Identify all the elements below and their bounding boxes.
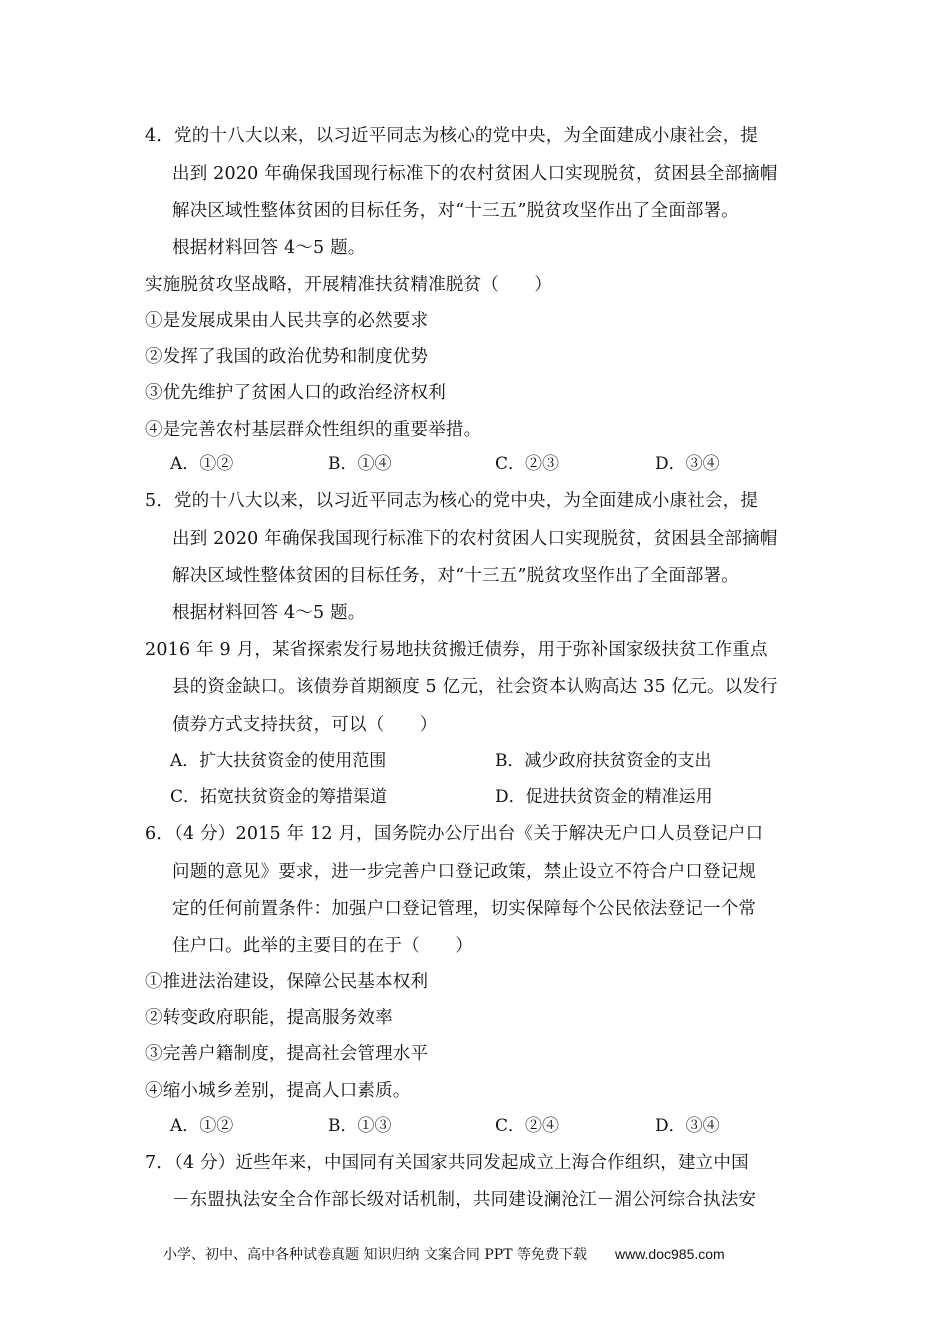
q4-stem-line-1: 4．党的十八大以来，以习近平同志为核心的党中央，为全面建成小康社会，提 (145, 125, 758, 147)
q5-stem-line-1: 5．党的十八大以来，以习近平同志为核心的党中央，为全面建成小康社会，提 (145, 490, 758, 512)
q4-option-b: B．①④ (328, 453, 392, 475)
q4-statement-1: ①是发展成果由人民共享的必然要求 (145, 310, 428, 332)
q6-statement-3: ③完善户籍制度，提高社会管理水平 (145, 1043, 428, 1065)
q6-statement-4: ④缩小城乡差别，提高人口素质。 (145, 1080, 411, 1102)
q4-statement-2: ②发挥了我国的政治优势和制度优势 (145, 346, 428, 368)
q6-option-b: B．①③ (328, 1115, 392, 1137)
q5-option-a: A．扩大扶贫资金的使用范围 (170, 750, 386, 772)
q6-option-a: A．①② (170, 1115, 233, 1137)
q4-option-a: A．①② (170, 453, 233, 475)
q5-prompt-line-1: 2016 年 9 月，某省探索发行易地扶贫搬迁债券，用于弥补国家级扶贫工作重点 (145, 639, 768, 661)
q4-statement-3: ③优先维护了贫困人口的政治经济权利 (145, 382, 446, 404)
q5-stem-line-2: 出到 2020 年确保我国现行标准下的农村贫困人口实现脱贫，贫困县全部摘帽 (172, 528, 778, 550)
q4-option-d: D．③④ (655, 453, 720, 475)
q4-prompt: 实施脱贫攻坚战略，开展精准扶贫精准脱贫（ ） (145, 274, 552, 296)
q4-stem-line-3: 解决区域性整体贫困的目标任务，对“十三五”脱贫攻坚作出了全面部署。 (172, 200, 739, 222)
q6-stem-line-4: 住户口。此举的主要目的在于（ ） (172, 935, 473, 957)
page-footer: 小学、初中、高中各种试卷真题 知识归纳 文案合同 PPT 等免费下载www.do… (163, 1244, 725, 1265)
q5-option-d: D．促进扶贫资金的精准运用 (495, 786, 713, 808)
q6-stem-line-2: 问题的意见》要求，进一步完善户口登记政策，禁止设立不符合户口登记规 (172, 861, 756, 883)
q7-stem-line-1: 7．（4 分）近些年来，中国同有关国家共同发起成立上海合作组织，建立中国 (145, 1152, 749, 1174)
document-page: 4．党的十八大以来，以习近平同志为核心的党中央，为全面建成小康社会，提 出到 2… (0, 0, 950, 1344)
q4-stem-line-2: 出到 2020 年确保我国现行标准下的农村贫困人口实现脱贫，贫困县全部摘帽 (172, 163, 778, 185)
q5-option-c: C．拓宽扶贫资金的筹措渠道 (170, 786, 387, 808)
q6-option-c: C．②④ (495, 1115, 559, 1137)
q4-statement-4: ④是完善农村基层群众性组织的重要举措。 (145, 419, 481, 441)
q6-statement-2: ②转变政府职能，提高服务效率 (145, 1007, 393, 1029)
q4-option-c: C．②③ (495, 453, 559, 475)
q6-stem-line-3: 定的任何前置条件：加强户口登记管理，切实保障每个公民依法登记一个常 (172, 898, 756, 920)
q6-statement-1: ①推进法治建设，保障公民基本权利 (145, 971, 428, 993)
q5-prompt-line-2: 县的资金缺口。该债券首期额度 5 亿元，社会资本认购高达 35 亿元。以发行 (172, 676, 778, 698)
footer-text: 小学、初中、高中各种试卷真题 知识归纳 文案合同 PPT 等免费下载 (163, 1247, 587, 1263)
q7-stem-line-2: －东盟执法安全合作部长级对话机制，共同建设澜沧江－湄公河综合执法安 (172, 1189, 756, 1211)
q5-stem-line-4: 根据材料回答 4～5 题。 (172, 602, 366, 624)
q4-stem-line-4: 根据材料回答 4～5 题。 (172, 237, 366, 259)
q5-option-b: B．减少政府扶贫资金的支出 (495, 750, 712, 772)
footer-url-link[interactable]: www.doc985.com (615, 1246, 725, 1262)
q5-stem-line-3: 解决区域性整体贫困的目标任务，对“十三五”脱贫攻坚作出了全面部署。 (172, 565, 739, 587)
q5-prompt-line-3: 债券方式支持扶贫，可以（ ） (172, 714, 438, 736)
q6-stem-line-1: 6．（4 分）2015 年 12 月，国务院办公厅出台《关于解决无户口人员登记户… (145, 823, 763, 845)
q6-option-d: D．③④ (655, 1115, 720, 1137)
